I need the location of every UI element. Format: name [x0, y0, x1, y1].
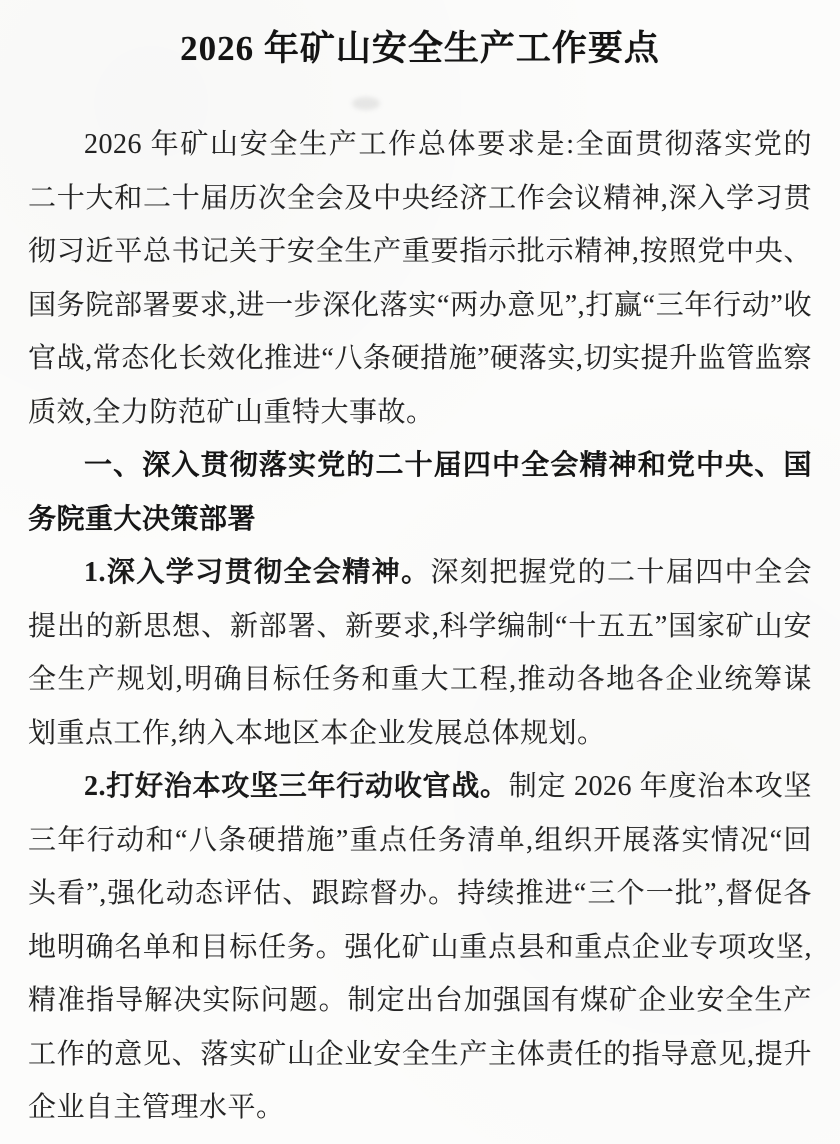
intro-paragraph: 2026 年矿山安全生产工作总体要求是:全面贯彻落实党的二十大和二十届历次全会及… [28, 118, 812, 439]
item-1-lead: 1.深入学习贯彻全会精神。 [84, 557, 431, 588]
item-2-lead: 2.打好治本攻坚三年行动收官战。 [84, 771, 509, 802]
scan-artifact [352, 97, 380, 110]
item-2-paragraph: 2.打好治本攻坚三年行动收官战。制定 2026 年度治本攻坚三年行动和“八条硬措… [28, 760, 812, 1135]
item-2-text: 制定 2026 年度治本攻坚三年行动和“八条硬措施”重点任务清单,组织开展落实情… [28, 771, 812, 1123]
section-1-heading: 一、深入贯彻落实党的二十届四中全会精神和党中央、国务院重大决策部署 [28, 439, 812, 546]
document-page: 2026 年矿山安全生产工作要点 2026 年矿山安全生产工作总体要求是:全面贯… [0, 0, 840, 1144]
item-1-paragraph: 1.深入学习贯彻全会精神。深刻把握党的二十届四中全会提出的新思想、新部署、新要求… [28, 546, 812, 760]
document-title: 2026 年矿山安全生产工作要点 [28, 24, 812, 74]
